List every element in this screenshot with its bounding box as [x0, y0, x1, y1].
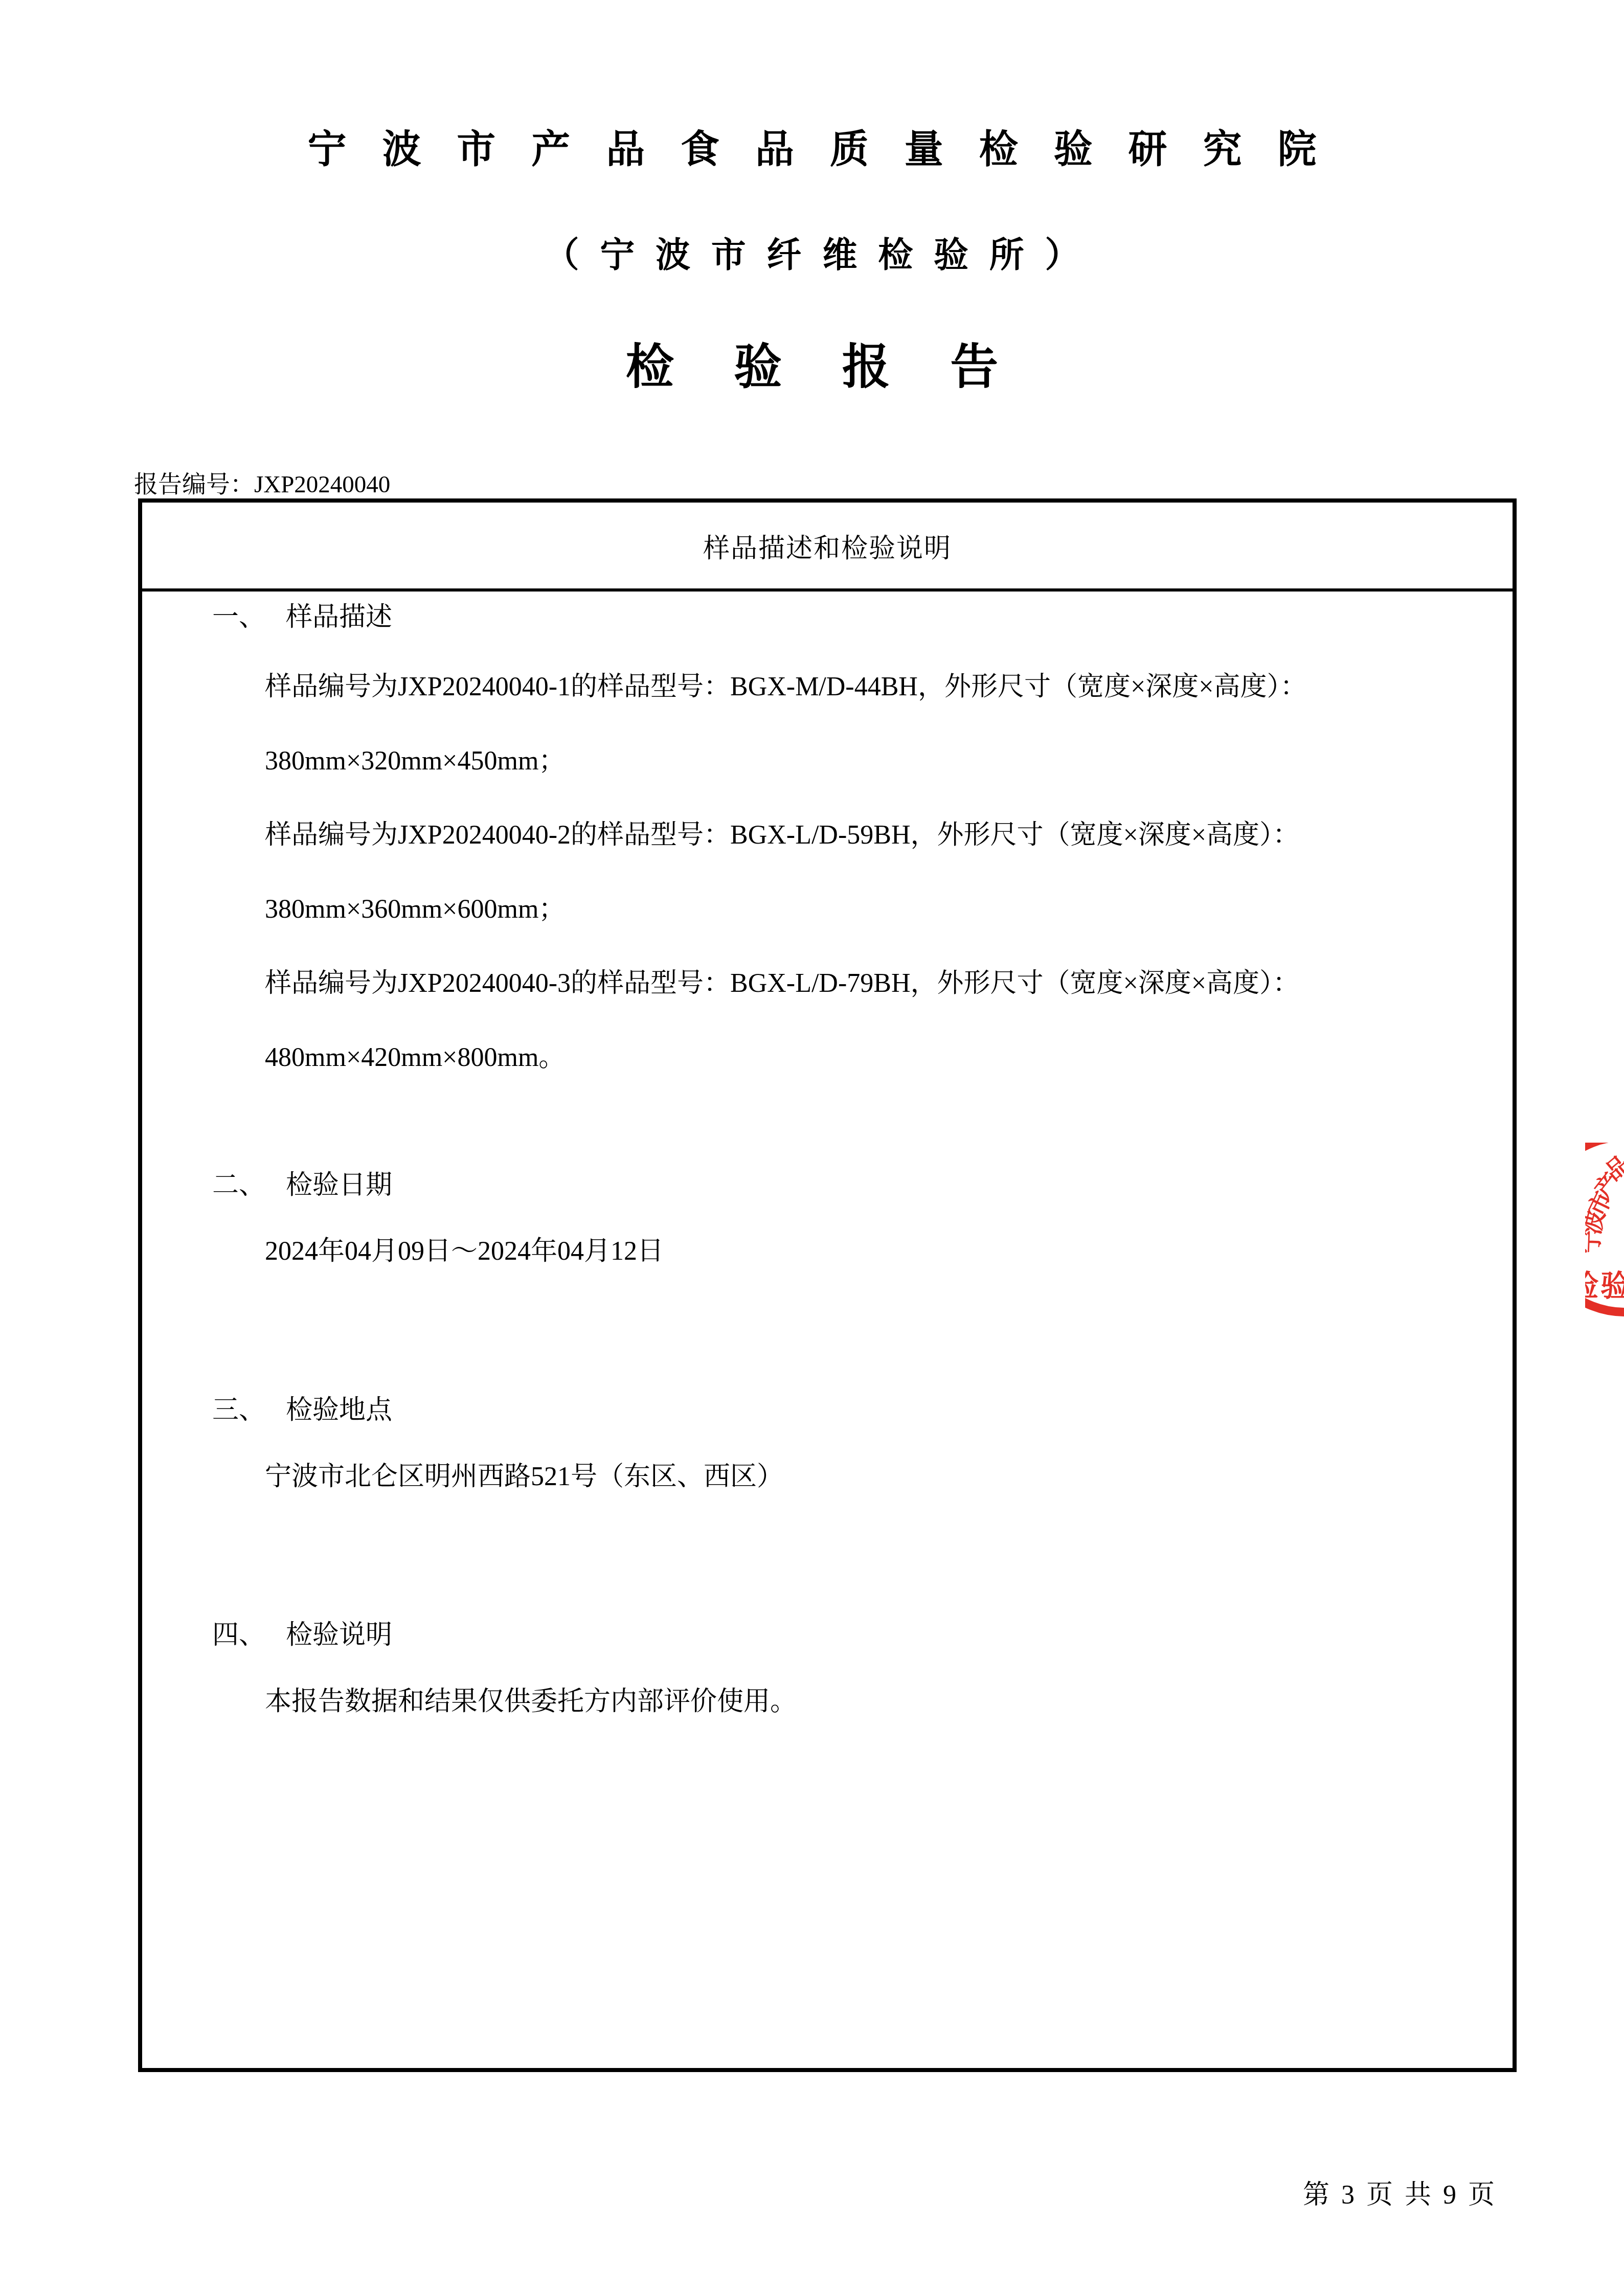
sample-description-table: 样品描述和检验说明 一、样品描述 样品编号为JXP20240040-1的样品型号…	[138, 498, 1517, 2072]
sample-3-model-line: 样品编号为JXP20240040-3的样品型号：BGX-L/D-79BH，外形尺…	[265, 967, 1299, 1000]
org-title: 宁波市产品食品质量检验研究院	[0, 129, 1624, 172]
inspection-location-line: 宁波市北仑区明州西路521号（东区、西区）	[265, 1460, 783, 1493]
section-4-index: 四、	[212, 1621, 265, 1650]
org-subtitle: （宁波市纤维检验所）	[0, 236, 1624, 275]
sample-1-model-line: 样品编号为JXP20240040-1的样品型号：BGX-M/D-44BH，外形尺…	[265, 670, 1307, 703]
section-1-title: 样品描述	[286, 603, 392, 632]
section-4-title: 检验说明	[286, 1621, 392, 1650]
table-header: 样品描述和检验说明	[142, 503, 1513, 592]
section-2-index: 二、	[212, 1171, 265, 1200]
report-number-value: JXP20240040	[254, 471, 390, 498]
inspection-seal-partial: 品 产 市 波 宁 检验专用章	[1585, 1143, 1624, 1327]
section-3-heading: 三、检验地点	[212, 1394, 392, 1427]
inspection-note-line: 本报告数据和结果仅供委托方内部评价使用。	[265, 1685, 797, 1718]
sample-3-size-line: 480mm×420mm×800mm。	[265, 1041, 565, 1074]
section-4-heading: 四、检验说明	[212, 1619, 392, 1652]
seal-center-text: 检验专用章	[1585, 1271, 1624, 1301]
section-3-index: 三、	[212, 1396, 265, 1425]
section-2-title: 检验日期	[286, 1171, 392, 1200]
sample-2-size-line: 380mm×360mm×600mm；	[265, 893, 565, 926]
section-2-heading: 二、检验日期	[212, 1169, 392, 1202]
page-number-footer: 第 3 页 共 9 页	[1303, 2173, 1497, 2211]
seal-arc-char: 宁	[1585, 1229, 1604, 1255]
report-number-label: 报告编号：	[134, 471, 254, 498]
report-number-line: 报告编号：JXP20240040	[134, 470, 390, 499]
sample-2-model-line: 样品编号为JXP20240040-2的样品型号：BGX-L/D-59BH，外形尺…	[265, 819, 1299, 852]
report-title: 检验报告	[0, 342, 1624, 394]
inspection-date-line: 2024年04月09日～2024年04月12日	[265, 1235, 664, 1268]
sample-1-size-line: 380mm×320mm×450mm；	[265, 744, 565, 778]
section-1-heading: 一、样品描述	[212, 601, 392, 634]
section-3-title: 检验地点	[286, 1396, 392, 1425]
section-1-index: 一、	[212, 603, 265, 632]
report-page: 宁波市产品食品质量检验研究院 （宁波市纤维检验所） 检验报告 报告编号：JXP2…	[0, 0, 1624, 2296]
